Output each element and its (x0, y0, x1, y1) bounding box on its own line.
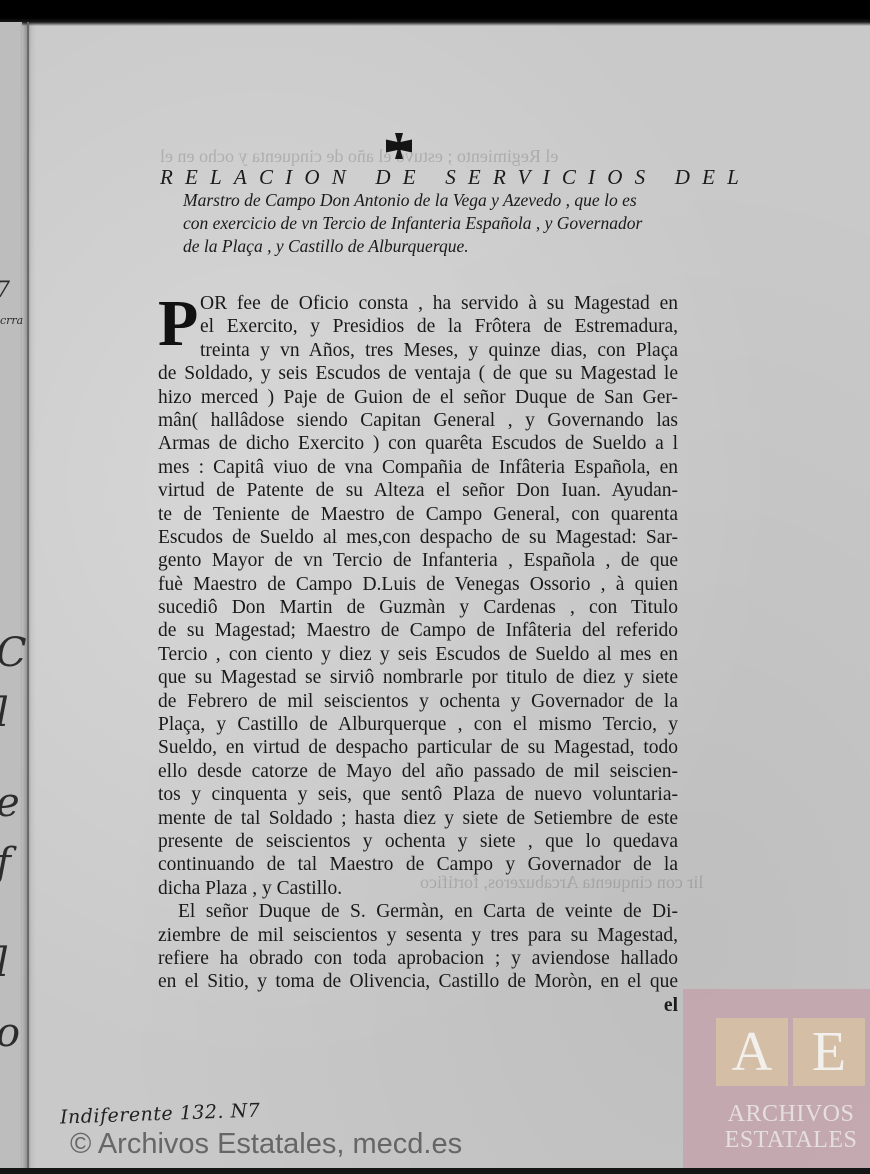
body-line: dicha Plaza , y Castillo. (158, 877, 678, 900)
bleed-through-text: el Regimiento ; estuvo el año de cinquen… (160, 146, 558, 167)
margin-scribble: e (0, 780, 20, 826)
margin-scribble: f (0, 840, 11, 886)
body-line: refiere ha obrado con toda aprobacion ; … (158, 947, 678, 970)
body-line: virtud de Patente de su Alteza el señor … (158, 479, 678, 502)
body-line: ello desde catorze de Mayo del año passa… (158, 760, 678, 783)
drop-cap: P (158, 296, 198, 352)
logo-name-line: ARCHIVOS (711, 1101, 870, 1128)
body-line: Escudos de Sueldo al mes,con despacho de… (158, 526, 678, 549)
body-line: treinta y vn Años, tres Meses, y quinze … (158, 339, 678, 362)
catchword: el (158, 994, 678, 1017)
body-line: Sueldo, en virtud de despacho particular… (158, 736, 678, 759)
body-line: Armas de dicho Exercito ) con quarêta Es… (158, 432, 678, 455)
binding-line (27, 22, 29, 1174)
previous-page-edge (0, 22, 22, 1174)
scan-top-edge (0, 0, 870, 26)
body-line: el Exercito, y Presidios de la Frôtera d… (158, 315, 678, 338)
scan-bottom-edge (0, 1168, 870, 1174)
body-line: gento Mayor de vn Tercio de Infanteria ,… (158, 549, 678, 572)
body-line: Plaça, y Castillo de Alburquerque , con … (158, 713, 678, 736)
copyright-watermark: © Archivos Estatales, mecd.es (70, 1128, 462, 1161)
margin-scribble: o (0, 1010, 20, 1056)
archivos-estatales-logo: A E ARCHIVOS ESTATALES (683, 989, 870, 1174)
logo-name-line: ESTATALES (711, 1127, 870, 1154)
logo-letter-e: E (793, 1018, 865, 1086)
body-line: sucediô Don Martin de Guzmàn y Cardenas … (158, 596, 678, 619)
body-line: te de Teniente de Maestro de Campo Gener… (158, 503, 678, 526)
body-line: fuè Maestro de Campo D.Luis de Venegas O… (158, 573, 678, 596)
body-line: presente de seiscientos y ochenta y siet… (158, 830, 678, 853)
body-line: hizo merced ) Paje de Guion de el señor … (158, 386, 678, 409)
body-line: mente de tal Soldado ; hasta diez y siet… (158, 807, 678, 830)
body-line: en el Sitio, y toma de Olivencia, Castil… (158, 970, 678, 993)
body-line: de Soldado, y seis Escudos de ventaja ( … (158, 362, 678, 385)
document-body: P OR fee de Oficio consta , ha servido à… (158, 292, 678, 1017)
body-line: OR fee de Oficio consta , ha servido à s… (158, 292, 678, 315)
body-line: El señor Duque de S. Germàn, en Carta de… (158, 900, 678, 923)
margin-scribble: 7 (0, 278, 10, 303)
body-line: que su Magestad se sirviô nombrarle por … (158, 666, 678, 689)
margin-scribble: l (0, 940, 9, 986)
body-line: mes : Capitâ viuo de vna Compañia de Inf… (158, 456, 678, 479)
cross-pattee-icon (384, 131, 414, 161)
heading-subtitle-line: Marstro de Campo Don Antonio de la Vega … (160, 189, 705, 212)
body-line: mân( hallâdose siendo Capitan General , … (158, 409, 678, 432)
heading-title: RELACION DE SERVICIOS DEL (160, 165, 705, 189)
body-line: de su Magestad; Maestro de Campo de Infâ… (158, 619, 678, 642)
body-line: ziembre de mil seiscientos y sesenta y t… (158, 924, 678, 947)
margin-scribble: crra (0, 314, 23, 327)
margin-scribble: l (0, 690, 9, 736)
body-line: tos y cinquenta y seis, que sentô Plaza … (158, 783, 678, 806)
document-heading: RELACION DE SERVICIOS DEL Marstro de Cam… (160, 165, 705, 258)
body-line: de Febrero de mil seiscientos y ochenta … (158, 690, 678, 713)
margin-scribble: C (0, 630, 27, 676)
body-line: continuando de tal Maestro de Campo y Go… (158, 853, 678, 876)
heading-subtitle-line: con exercicio de vn Tercio de Infanteria… (160, 212, 705, 235)
logo-letter-a: A (716, 1018, 788, 1086)
body-line: Tercio , con ciento y diez y seis Escudo… (158, 643, 678, 666)
heading-subtitle-line: de la Plaça , y Castillo de Alburquerque… (160, 235, 705, 258)
